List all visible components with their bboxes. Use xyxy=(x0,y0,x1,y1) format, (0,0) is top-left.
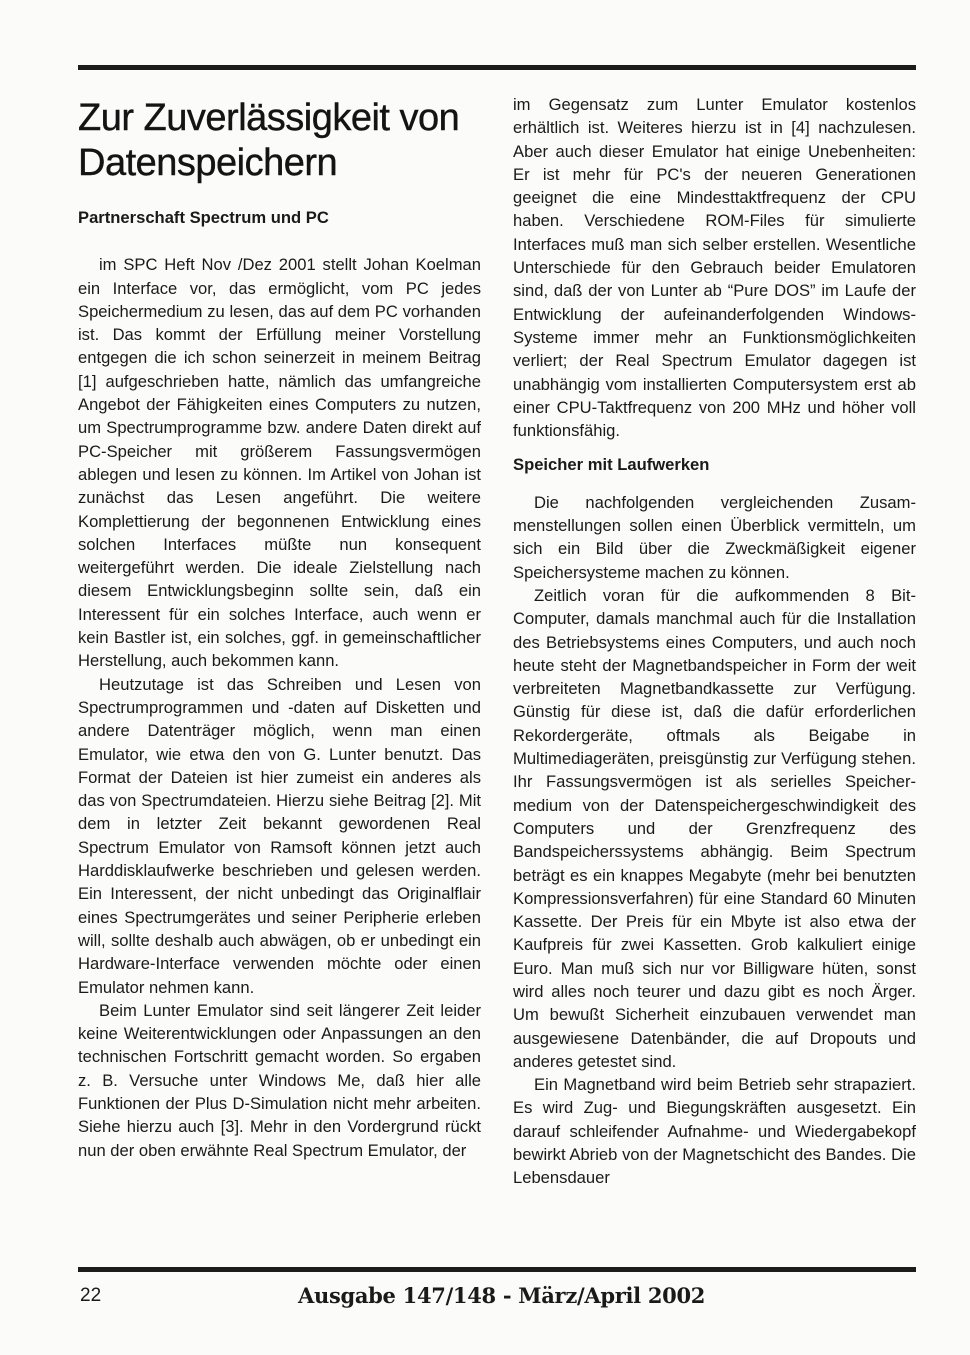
paragraph-continued: im Gegensatz zum Lunter Emulator kostenl… xyxy=(513,93,916,442)
left-column: Zur Zuverlässigkeit von Datenspeichern P… xyxy=(78,96,481,1162)
article-title: Zur Zuverlässigkeit von Datenspeichern xyxy=(78,96,481,186)
paragraph: Heutzutage ist das Schreiben und Lesen v… xyxy=(78,673,481,999)
top-rule xyxy=(78,65,916,70)
bottom-rule xyxy=(78,1267,916,1272)
section-heading-partnerschaft: Partnerschaft Spectrum und PC xyxy=(78,206,481,229)
page-number: 22 xyxy=(80,1285,101,1307)
paragraph: Zeitlich voran für die aufkommenden 8 Bi… xyxy=(513,584,916,1073)
issue-label: Ausgabe 147/148 - März/April 2002 xyxy=(298,1283,705,1308)
right-column: im Gegensatz zum Lunter Emulator kostenl… xyxy=(513,93,916,1190)
paragraph: Beim Lunter Emulator sind seit längerer … xyxy=(78,999,481,1162)
section-heading-speicher: Speicher mit Laufwerken xyxy=(513,453,916,476)
paragraph: Ein Magnetband wird beim Betrieb sehr st… xyxy=(513,1073,916,1189)
paragraph: Die nachfolgenden vergleichenden Zusam­m… xyxy=(513,491,916,584)
paragraph: im SPC Heft Nov /Dez 2001 stellt Johan K… xyxy=(78,253,481,672)
